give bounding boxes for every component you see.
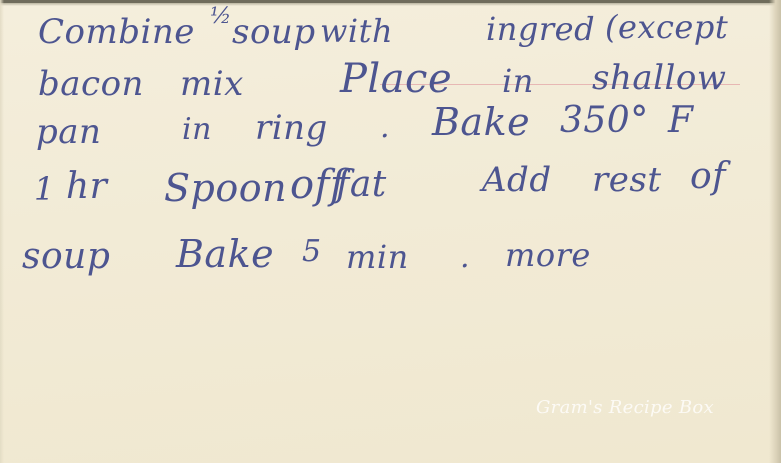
- handwritten-word: pan: [36, 112, 101, 152]
- handwritten-word: ring: [255, 108, 328, 148]
- handwritten-word: F: [668, 100, 693, 141]
- handwritten-word: ingred: [486, 10, 595, 48]
- handwritten-word: min: [346, 238, 409, 276]
- handwritten-word: (except: [605, 8, 728, 46]
- handwritten-word: more: [505, 236, 591, 274]
- handwritten-word: shallow: [592, 58, 726, 98]
- handwritten-word: .: [380, 110, 390, 145]
- handwritten-word: 1: [34, 170, 55, 208]
- handwritten-word: Add: [482, 160, 552, 200]
- handwritten-word: in: [502, 62, 534, 100]
- handwritten-word: Bake: [176, 232, 274, 276]
- handwritten-word: 350°: [560, 100, 649, 141]
- handwritten-word: fat: [336, 164, 387, 205]
- handwritten-word: Combine: [38, 12, 195, 52]
- handwritten-word: hr: [66, 166, 107, 207]
- handwritten-word: rest: [592, 160, 662, 200]
- handwritten-word: of: [690, 156, 726, 197]
- handwritten-word: with: [320, 12, 393, 50]
- handwritten-word: in: [182, 112, 212, 147]
- handwritten-word: soup: [22, 236, 110, 277]
- handwritten-word: mix: [180, 64, 244, 104]
- recipe-card: Combine½soupwithingred(except baconmixPl…: [0, 0, 781, 463]
- handwritten-word: ½: [210, 4, 232, 29]
- watermark: Gram's Recipe Box: [536, 397, 714, 418]
- handwritten-recipe-text: Combine½soupwithingred(except baconmixPl…: [0, 0, 781, 463]
- handwritten-word: 5: [302, 234, 322, 269]
- handwritten-word: bacon: [38, 64, 144, 104]
- handwritten-word: Place: [340, 56, 452, 102]
- handwritten-word: Spoon: [164, 166, 287, 210]
- handwritten-word: soup: [232, 12, 316, 52]
- handwritten-word: Bake: [432, 100, 530, 144]
- handwritten-word: .: [460, 240, 470, 275]
